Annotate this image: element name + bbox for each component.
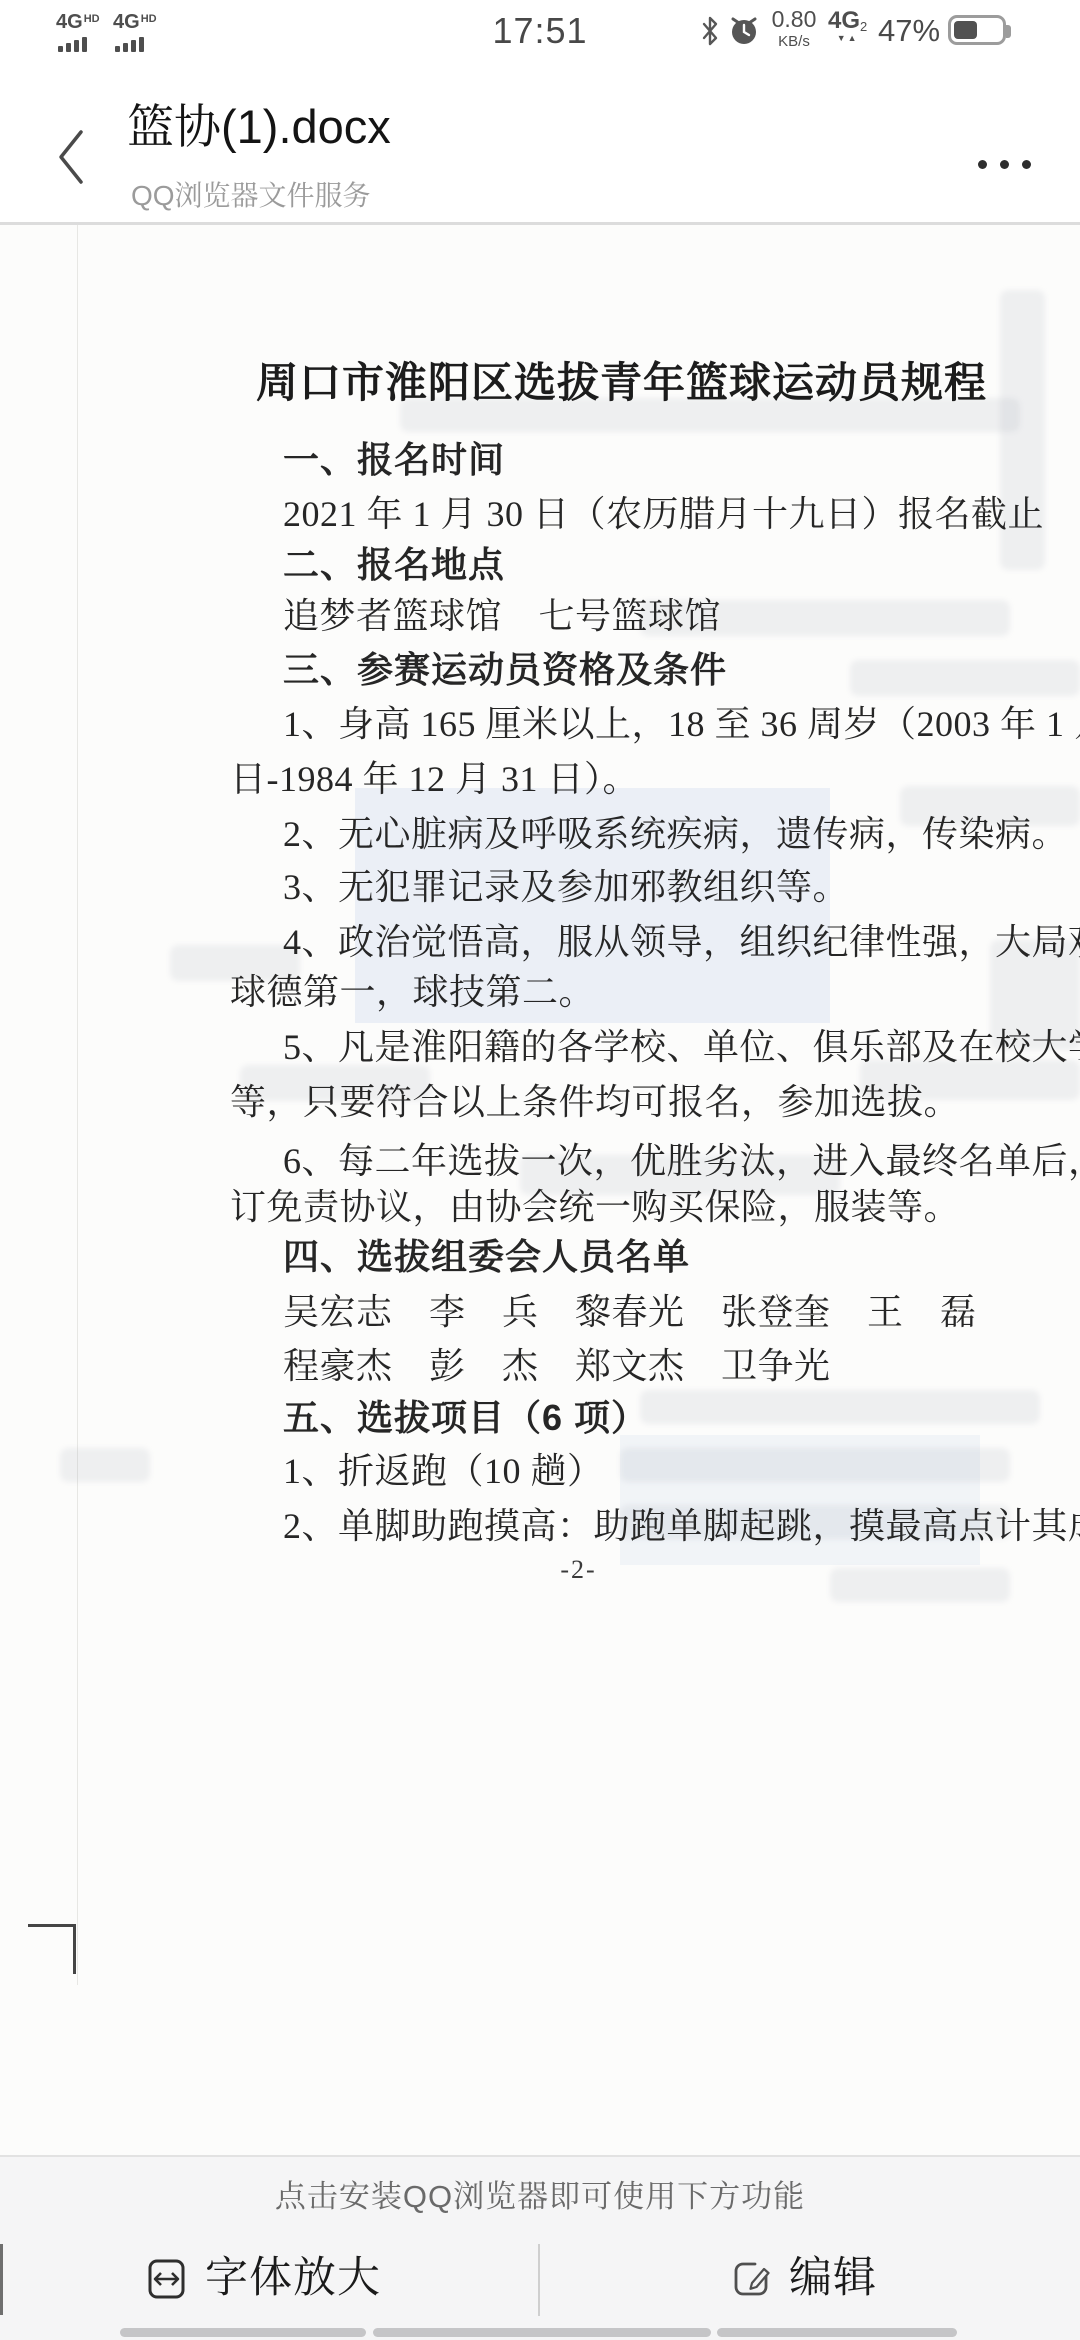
doc-line: 6、每二年选拔一次，优胜劣汰，进入最终名单后，签 <box>283 1142 1080 1182</box>
file-title: 篮协(1).docx <box>127 90 391 157</box>
page-corner-mark <box>28 1924 76 1927</box>
updown-arrows-icon: ▼▲ <box>828 34 867 43</box>
bottom-hint-bar <box>373 2328 711 2337</box>
doc-line: 订免责协议，由协会统一购买保险，服装等。 <box>230 1188 960 1228</box>
font-zoom-label: 字体放大 <box>205 2257 381 2300</box>
network-type-indicator: 4G2 ▼▲ <box>828 9 867 43</box>
doc-line: 4、政治觉悟高，服从领导，组织纪律性强，大局观强。 <box>283 923 1080 963</box>
network-speed-value: 0.80 <box>764 8 824 31</box>
toolbar-edge-divider <box>0 2244 3 2315</box>
status-bar: 4GHD 4GHD 17:51 0.80 KB/s 4G2 ▼▲ 47% <box>0 0 1080 62</box>
edit-button[interactable]: 编辑 <box>731 2257 877 2300</box>
network-speed: 0.80 KB/s <box>764 8 824 49</box>
signal-strength-icon: 4GHD <box>56 9 100 52</box>
alarm-clock-icon <box>728 14 760 46</box>
doc-line: 三、参赛运动员资格及条件 <box>283 650 727 690</box>
signal-network-label: 4G <box>56 11 83 33</box>
doc-line: 一、报名时间 <box>283 440 505 480</box>
edit-label: 编辑 <box>789 2257 877 2300</box>
signal-hd-badge: HD <box>141 13 157 25</box>
doc-line: 二、报名地点 <box>283 545 505 585</box>
edit-pencil-icon <box>731 2259 771 2299</box>
network-sim-index: 2 <box>860 19 867 34</box>
battery-icon <box>948 15 1006 45</box>
page-number: -2- <box>77 1555 1080 1585</box>
doc-line: 3、无犯罪记录及参加邪教组织等。 <box>283 868 849 908</box>
title-bar: 篮协(1).docx QQ浏览器文件服务 <box>0 62 1080 222</box>
doc-line: 2、无心脏病及呼吸系统疾病，遗传病，传染病。 <box>283 815 1068 855</box>
font-resize-icon <box>147 2258 187 2300</box>
toolbar-divider <box>538 2244 540 2316</box>
battery-fill <box>954 21 977 39</box>
document-viewport[interactable]: 周口市淮阳区选拔青年篮球运动员规程一、报名时间2021 年 1 月 30 日（农… <box>0 225 1080 2155</box>
doc-line: 程豪杰 彭 杰 郑文杰 卫争光 <box>283 1347 831 1387</box>
scan-bleed-artifact <box>620 1448 1010 1482</box>
doc-line: 日-1984 年 12 月 31 日）。 <box>230 760 639 800</box>
doc-line: 周口市淮阳区选拔青年篮球运动员规程 <box>256 360 987 406</box>
scan-bleed-artifact <box>850 660 1080 696</box>
bluetooth-icon <box>700 16 720 46</box>
scan-bleed-artifact <box>60 1448 150 1482</box>
battery-nub <box>1006 25 1011 38</box>
doc-line: 5、凡是淮阳籍的各学校、单位、俱乐部及在校大学生 <box>283 1028 1080 1068</box>
install-banner[interactable]: 点击安装QQ浏览器即可使用下方功能 <box>0 2171 1080 2216</box>
font-zoom-button[interactable]: 字体放大 <box>147 2257 381 2300</box>
signal-bars-icon <box>115 36 157 52</box>
network-speed-unit: KB/s <box>764 34 824 49</box>
doc-line: 2、单脚助跑摸高：助跑单脚起跳，摸最高点计其成绩， <box>283 1507 1080 1547</box>
doc-line: 2021 年 1 月 30 日（农历腊月十九日）报名截止 <box>283 495 1044 535</box>
signal-network-label: 4G <box>113 11 140 33</box>
bottom-hint-bar <box>717 2328 957 2337</box>
doc-line: 吴宏志 李 兵 黎春光 张登奎 王 磊 <box>283 1293 977 1333</box>
status-clock: 17:51 <box>460 10 620 52</box>
doc-line: 追梦者篮球馆 七号篮球馆 <box>283 597 721 637</box>
page-left-edge <box>77 225 78 1985</box>
battery-percent-label: 47% <box>878 13 940 49</box>
bottom-toolbar: 点击安装QQ浏览器即可使用下方功能 字体放大 编辑 <box>0 2155 1080 2340</box>
doc-line: 等，只要符合以上条件均可报名，参加选拔。 <box>230 1083 960 1123</box>
doc-line: 1、折返跑（10 趟） <box>283 1452 604 1492</box>
doc-line: 1、身高 165 厘米以上，18 至 36 周岁（2003 年 1 月 1 <box>283 705 1080 745</box>
page-corner-mark <box>73 1924 76 1974</box>
signal-hd-badge: HD <box>84 13 100 25</box>
doc-line: 五、选拔项目（6 项） <box>283 1398 648 1438</box>
back-button[interactable] <box>54 126 88 188</box>
file-source-subtitle: QQ浏览器文件服务 <box>131 174 371 214</box>
signal-bars-icon <box>58 36 100 52</box>
network-type-label: 4G <box>828 7 860 34</box>
bottom-hint-bar <box>120 2328 366 2337</box>
more-menu-button[interactable] <box>972 154 1037 175</box>
signal-strength-icon-2: 4GHD <box>113 9 157 52</box>
scan-bleed-artifact <box>640 1390 1040 1424</box>
doc-line: 四、选拔组委会人员名单 <box>283 1237 690 1277</box>
doc-line: 球德第一，球技第二。 <box>230 973 595 1013</box>
